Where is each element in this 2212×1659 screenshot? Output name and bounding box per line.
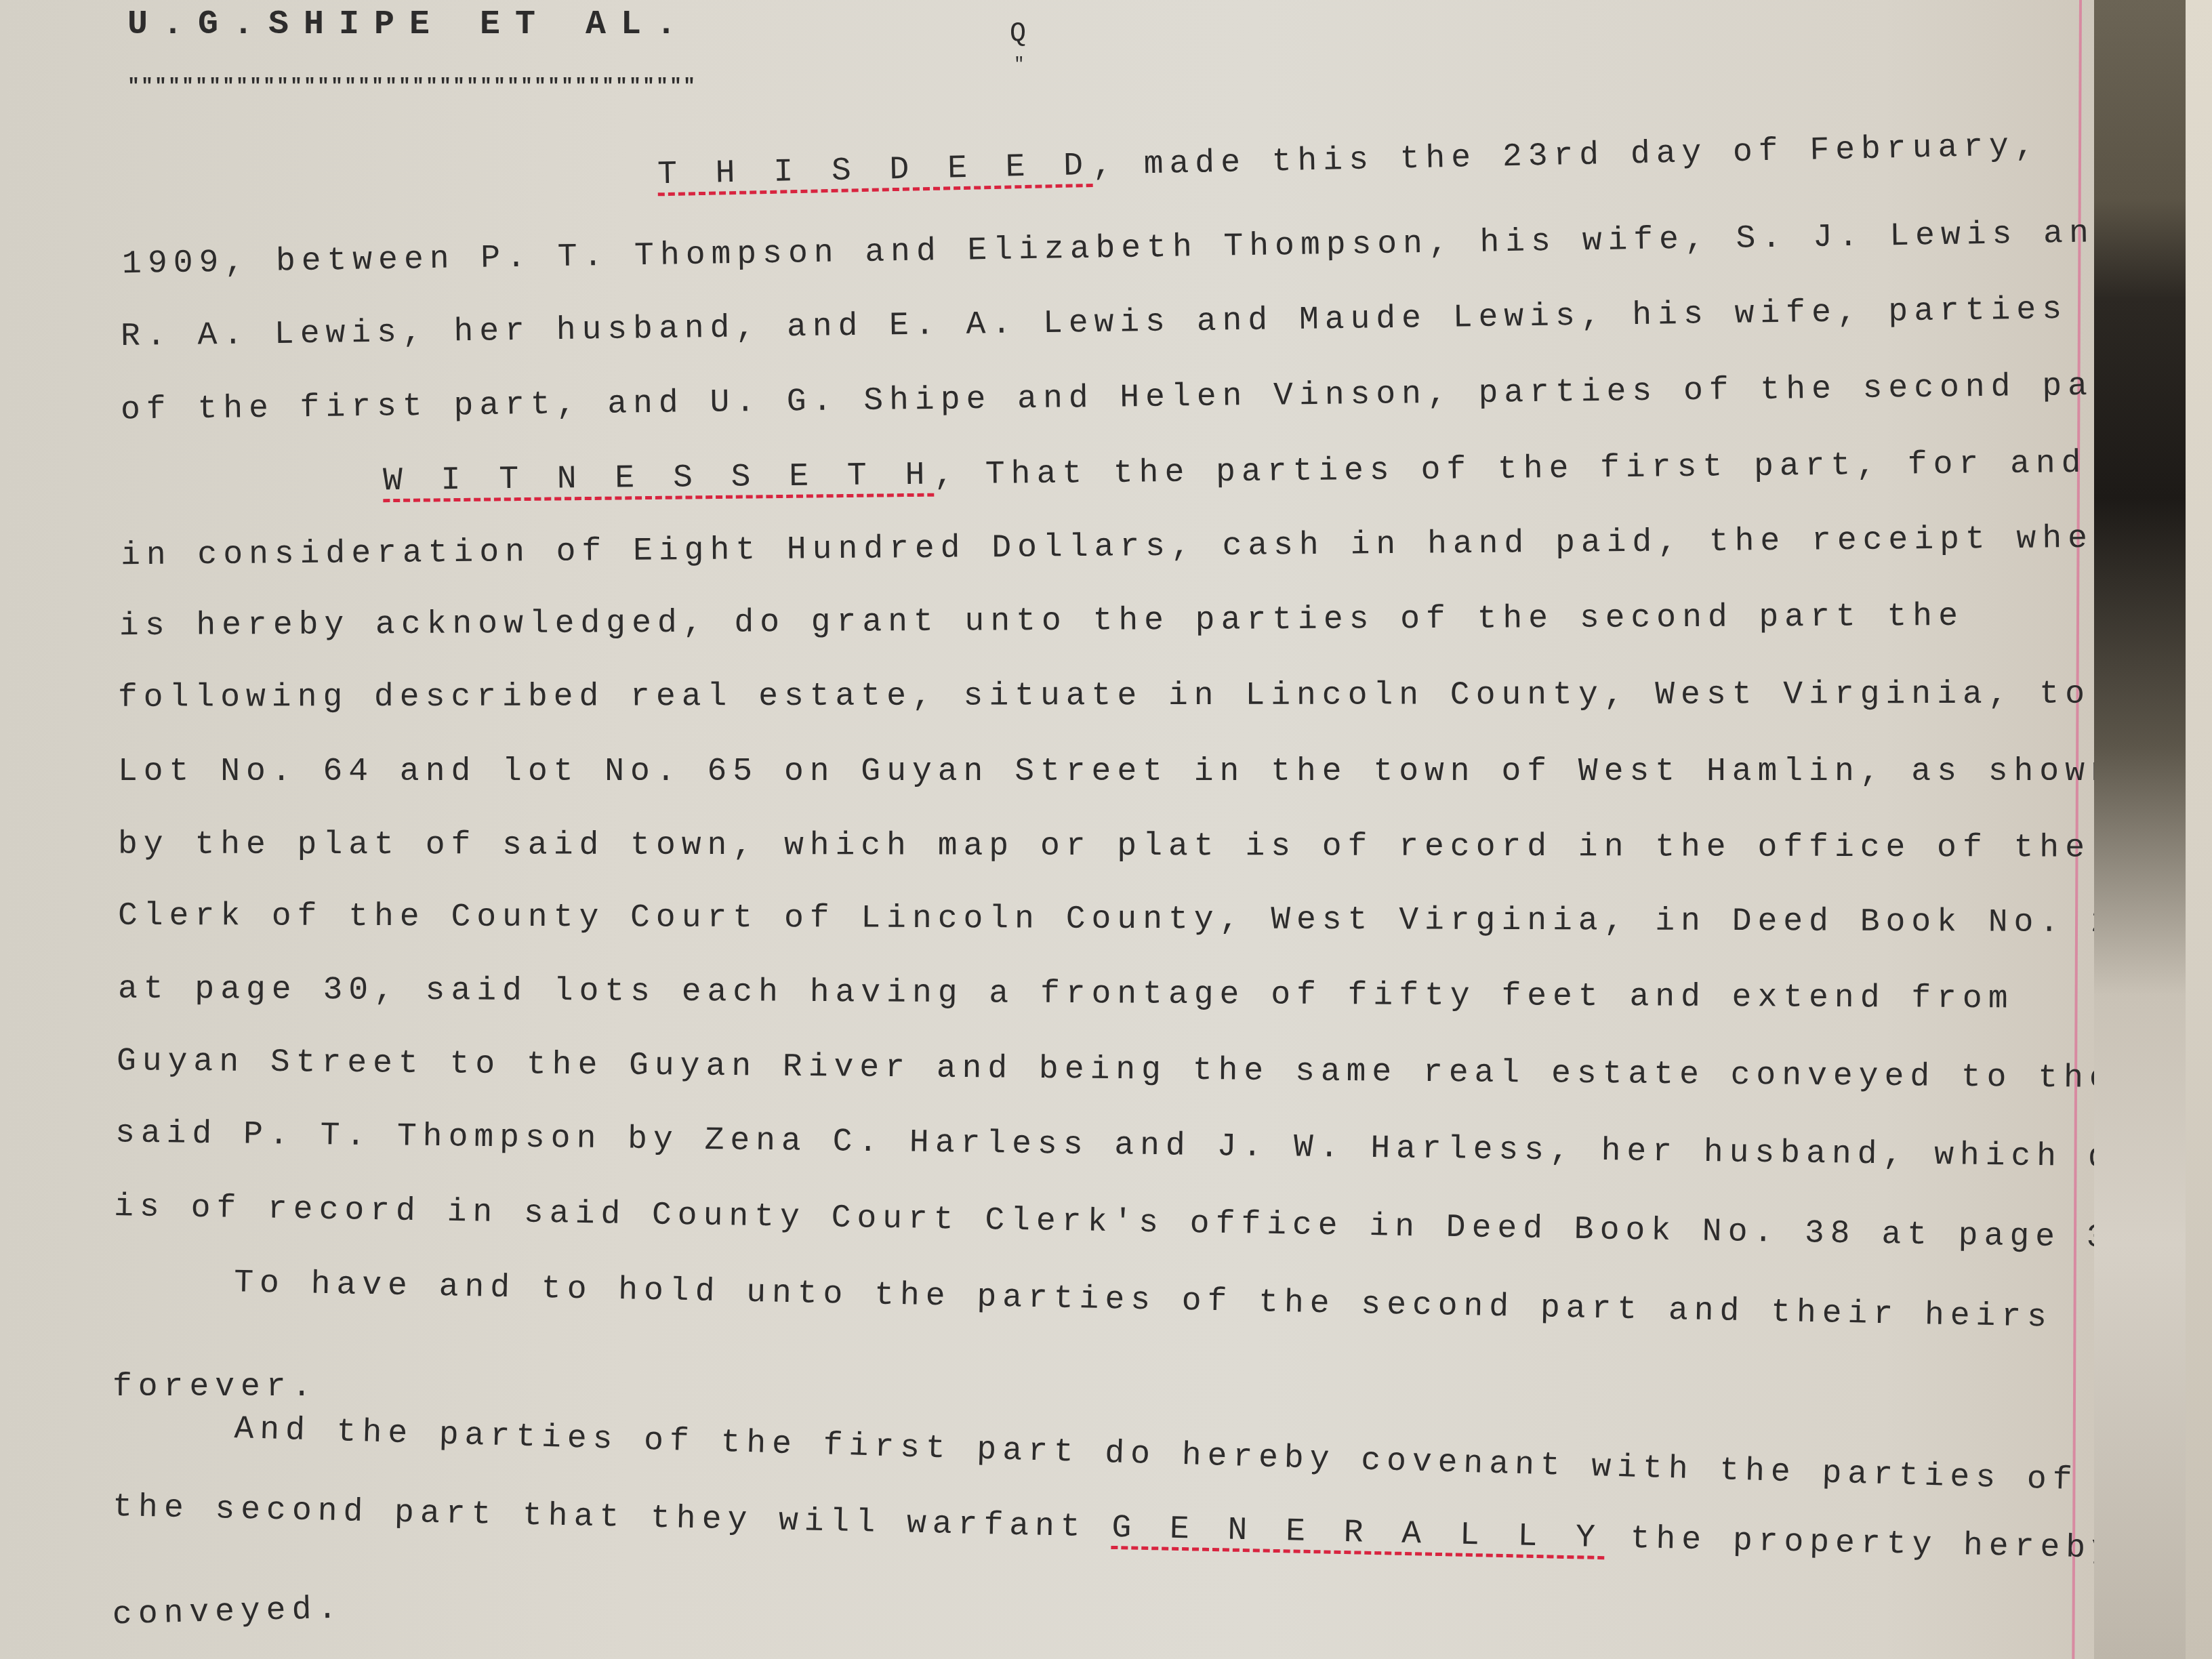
deed-line-10: by the plat of said town, which map or p… — [118, 826, 2091, 866]
deed-line-18: And the parties of the first part do her… — [234, 1411, 2078, 1499]
deed-line-19: the second part that they will warfant G… — [112, 1489, 2094, 1568]
deed-line-9: Lot No. 64 and lot No. 65 on Guyan Stree… — [118, 754, 2094, 790]
deed-line-15: is of record in said County Court Clerk'… — [114, 1189, 2094, 1258]
deed-line-14: said P. T. Thompson by Zena C. Harless a… — [115, 1115, 2094, 1176]
generally-emphasis: G E N E R A L L Y — [1111, 1510, 1605, 1557]
deed-line-3: R. A. Lewis, her husband, and E. A. Lewi… — [121, 291, 2068, 355]
margin-mark-rule: " — [1014, 54, 1031, 75]
margin-mark: Q — [1010, 19, 1032, 49]
deed-line-2: 1909, between P. T. Thompson and Elizabe… — [122, 215, 2094, 283]
deed-line-16: To have and to hold unto the parties of … — [234, 1265, 2053, 1336]
deed-line-8: following described real estate, situate… — [118, 676, 2094, 716]
deed-book-page: U.G.SHIPE ET AL. """""""""""""""""""""""… — [0, 0, 2094, 1659]
header-quote-rule: """"""""""""""""""""""""""""""""""""""""… — [127, 76, 697, 99]
deed-line-1: T H I S D E E D, made this the 23rd day … — [657, 128, 2041, 194]
deed-line-20: conveyed. — [112, 1591, 344, 1634]
deed-line-13: Guyan Street to the Guyan River and bein… — [117, 1043, 2094, 1097]
deed-line-7: is hereby acknowledged, do grant unto th… — [119, 598, 1964, 644]
deed-line-6: in consideration of Eight Hundred Dollar… — [121, 520, 2094, 575]
deed-line-11: Clerk of the County Court of Lincoln Cou… — [118, 898, 2094, 941]
deed-line-17: forever. — [112, 1369, 317, 1406]
deed-header-title: U.G.SHIPE ET AL. — [127, 5, 691, 44]
deed-line-5: W I T N E S S E T H, That the parties of… — [383, 445, 2087, 499]
adjacent-page-strip — [2186, 0, 2212, 1659]
this-deed-heading: T H I S D E E D — [657, 148, 1093, 193]
deed-line-12: at page 30, said lots each having a fron… — [118, 971, 2014, 1018]
deed-line-4: of the first part, and U. G. Shipe and H… — [121, 367, 2094, 429]
witnesseth-heading: W I T N E S S E T H — [383, 457, 935, 500]
